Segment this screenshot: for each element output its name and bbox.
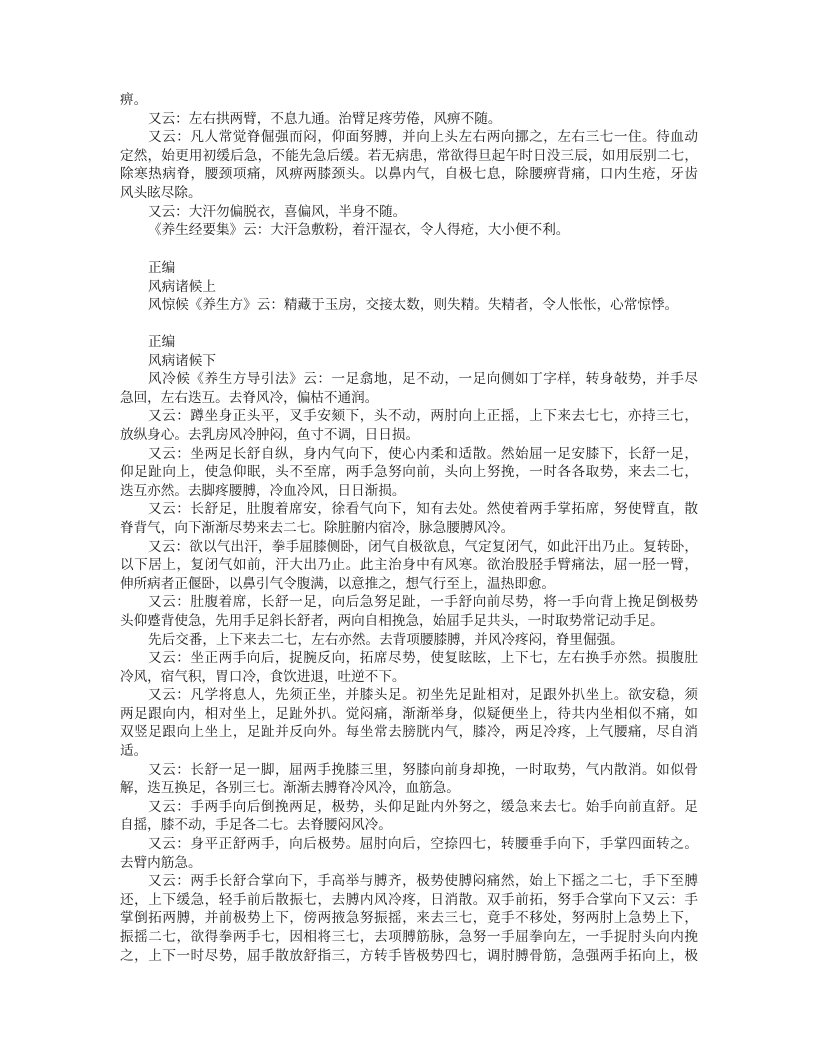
text-line: 又云：肚腹着席，长舒一足，向后急努足趾，一手舒向前尽势，将一手向背上挽足倒极势	[120, 593, 698, 612]
text-line: 掌倒拓两膊，并前极势上下，傍两掖急努振摇，来去三七，竟手不移处，努两肘上急势上下…	[120, 909, 698, 928]
text-line: 《养生经要集》云：大汗急敷粉，着汗湿衣，令人得疮，大小便不利。	[120, 221, 698, 240]
text-line: 伸所病者正偃卧，以鼻引气令腹满，以意推之，想气行至上，温热即愈。	[120, 575, 698, 594]
text-line: 迭互亦然。去脚疼腰膊，冷血冷风，日日渐损。	[120, 482, 698, 501]
text-line: 解，迭互换足，各别三七。渐渐去膊脊冷风冷，血筋急。	[120, 779, 698, 798]
text-line: 又云：长舒一足一脚，屈两手挽膝三里，努膝向前身却挽，一时取势，气内散消。如似骨	[120, 761, 698, 780]
text-line: 除寒热病脊，腰颈项痛，风痹两膝颈头。以鼻内气，自极七息，除腰痹背痛，口内生疮，牙…	[120, 165, 698, 184]
text-line: 仰足趾向上，使急仰眠，头不至席，两手急努向前，头向上努挽，一时各各取势，来去二七…	[120, 463, 698, 482]
text-line: 以下居上，复闭气如前，汗大出乃止。此主治身中有风寒。欲治股胫手臂痛法，屈一胫一臂…	[120, 556, 698, 575]
text-line: 振摇二七，欲得拳两手七，因相将三七，去项膊筋脉，急努一手屈拳向左，一手捉肘头向内…	[120, 928, 698, 947]
text-line: 风病诸候下	[120, 352, 698, 371]
text-line: 又云：凡学将息人，先须正坐，并膝头足。初坐先足趾相对，足跟外扒坐上。欲安稳，须	[120, 686, 698, 705]
text-line: 又云：左右拱两臂，不息九通。治臂足疼劳倦，风痹不随。	[120, 110, 698, 129]
text-line: 自摇，膝不动，手足各二七。去脊腰闷风冷。	[120, 816, 698, 835]
text-line: 又云：凡人常觉脊倔强而闷，仰面努膊，并向上头左右两向挪之，左右三七一住。待血动	[120, 128, 698, 147]
text-line: 定然，始更用初缓后急，不能先急后缓。若无病患，常欲得旦起午时日没三辰，如用辰别二…	[120, 147, 698, 166]
text-line: 又云：坐两足长舒自纵，身内气向下，使心内柔和适散。然始屈一足安膝下，长舒一足，	[120, 445, 698, 464]
text-line: 正编	[120, 259, 698, 278]
document-page: 痹。又云：左右拱两臂，不息九通。治臂足疼劳倦，风痹不随。又云：凡人常觉脊倔强而闷…	[0, 0, 816, 1056]
text-line: 风冷候《养生方导引法》云：一足翕地，足不动，一足向侧如丁字样，转身敧势，并手尽	[120, 370, 698, 389]
text-line: 先后交番，上下来去二七，左右亦然。去背项腰膝膊，并风冷疼闷，脊里倔强。	[120, 631, 698, 650]
section-feng-bing-shang: 正编风病诸候上风惊候《养生方》云：精藏于玉房，交接太数，则失精。失精者，令人怅怅…	[120, 259, 698, 315]
text-line: 脊背气，向下渐渐尽势来去二七。除脏腑内宿冷，脉急腰膊风冷。	[120, 519, 698, 538]
text-line: 痹。	[120, 91, 698, 110]
text-line: 急回，左右迭互。去脊风冷，偏枯不通润。	[120, 389, 698, 408]
text-line: 风惊候《养生方》云：精藏于玉房，交接太数，则失精。失精者，令人怅怅，心常惊悸。	[120, 296, 698, 315]
text-line: 双竖足跟向上坐上，足趾并反向外。每坐常去膀胱内气，膝冷，两足冷疼，上气腰痛，尽自…	[120, 723, 698, 742]
text-line: 又云：手两手向后倒挽两足，极势，头仰足趾内外努之，缓急来去七。始手向前直舒。足	[120, 798, 698, 817]
text-line: 还，上下缓急，轻手前后散振七，去膊内风冷疼，日消散。双手前拓，努手合掌向下又云：…	[120, 891, 698, 910]
text-line: 正编	[120, 333, 698, 352]
text-line: 放纵身心。去乳房风冷肿闷，鱼寸不调，日日损。	[120, 426, 698, 445]
text-line: 又云：大汗勿偏脱衣，喜偏风，半身不随。	[120, 203, 698, 222]
text-line: 又云：身平正舒两手，向后极势。屈肘向后，空捺四七，转腰垂手向下，手掌四面转之。	[120, 835, 698, 854]
text-line: 适。	[120, 742, 698, 761]
text-line: 风头眩尽除。	[120, 184, 698, 203]
text-line: 风病诸候上	[120, 278, 698, 297]
text-line: 去臂内筋急。	[120, 854, 698, 873]
text-line: 又云：两手长舒合掌向下，手高举与膊齐，极势使膊闷痛然，始上下摇之二七，手下至膊	[120, 872, 698, 891]
text-line: 之，上下一时尽势，屈手散放舒指三，方转手皆极势四七，调肘膊骨筋，急强两手拓向上，…	[120, 947, 698, 966]
text-line: 又云：欲以气出汗，拳手屈膝侧卧，闭气自极欲息，气定复闭气，如此汗出乃止。复转卧，	[120, 538, 698, 557]
section-continuation: 痹。又云：左右拱两臂，不息九通。治臂足疼劳倦，风痹不随。又云：凡人常觉脊倔强而闷…	[120, 91, 698, 240]
text-line: 冷风，宿气积，胃口冷，食饮进退，吐逆不下。	[120, 668, 698, 687]
text-line: 又云：坐正两手向后，捉腕反向，拓席尽势，使复眩眩，上下七，左右换手亦然。损腹肚	[120, 649, 698, 668]
text-line: 又云：蹲坐身正头平，叉手安颏下，头不动，两肘向上正摇，上下来去七七，亦持三七，	[120, 407, 698, 426]
text-line: 两足跟向内，相对坐上，足趾外扒。觉闷痛，渐渐举身，似疑便坐上，待共内坐相似不痛，…	[120, 705, 698, 724]
text-line: 头仰蹙背使急，先用手足斜长舒者，两向自相挽急，始屈手足共头，一时取势常记动手足。	[120, 612, 698, 631]
text-line: 又云：长舒足，肚腹着席安，徐看气向下，知有去处。然使着两手掌拓席，努使臂直，散	[120, 500, 698, 519]
section-feng-bing-xia: 正编风病诸候下风冷候《养生方导引法》云：一足翕地，足不动，一足向侧如丁字样，转身…	[120, 333, 698, 965]
